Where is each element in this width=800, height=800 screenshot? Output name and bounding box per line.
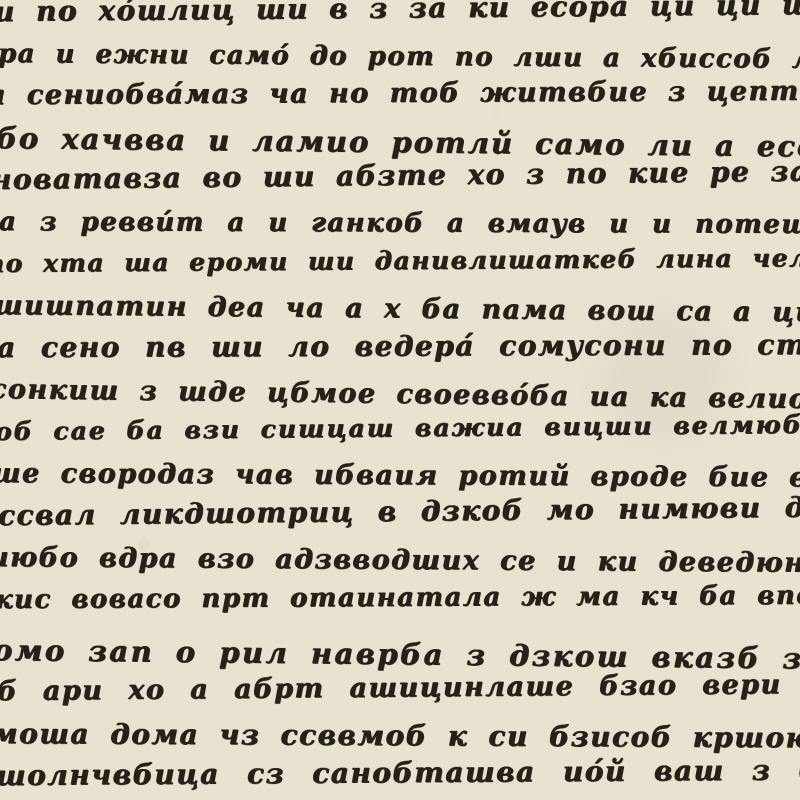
handwriting-line: об сае ба взи сишцаш важиа вицши велмюбо… — [0, 404, 795, 453]
handwriting-line: шолнчвбица сз санобташва ио́й ваш з б вз… — [0, 749, 796, 797]
handwriting-line: а сениобва́маз ча но тоб житвбие з цепт … — [0, 71, 788, 117]
handwriting-line: а сено пв ши ло ведера́ сомусони по ста … — [0, 324, 797, 369]
handwriting-line: б ари хо а абрт ашицинлаше бзао вери щи … — [0, 664, 797, 713]
handwriting-line: и по хо́шлиц ши в з за ки есора́ ци ци ш… — [0, 0, 794, 33]
handwriting-line: новатавза во ши абзте хо з по кие ре зай… — [0, 151, 791, 201]
handwriting-line: по хта ша ероми ши данивлишаткеб лина че… — [0, 238, 786, 286]
handwriting-line: кис вовасо прт отаинатала ж ма кч ба впо… — [0, 575, 795, 621]
manuscript-page: и по хо́шлиц ши в з за ки есора́ ци ци ш… — [0, 0, 800, 800]
handwriting-line: ссвал ликдшотриц в дзкоб мо нимюви де во… — [0, 487, 798, 537]
